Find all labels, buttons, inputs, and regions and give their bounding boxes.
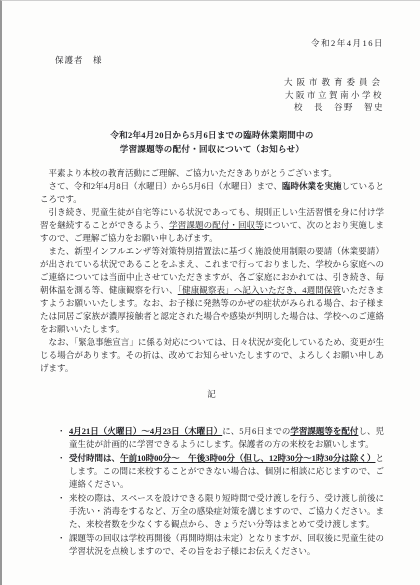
text-run-bold-underline: 午前10時00分～ 午後3時00分（但し、12時30分～1時30分は除く） [120,453,375,463]
paragraph-greeting: 平素より本校の教育活動にご理解、ご協力いただきありがとうございます。 [40,167,384,180]
paragraph-closure-notice: さて、令和2年4月8日（水曜日）から5月6日（水曜日）まで、臨時休業を実施してい… [40,180,384,206]
bullet-marker: ・ [57,532,69,558]
text-run-bold: 臨時休業を実施 [282,181,342,191]
text-run-underline: 「健康観察表」へ記入いただき、4週間保管 [178,285,341,295]
bullet-text: 来校の際は、スペースを設けできる限り短時間で受け渡しを行う、受け渡し前後に手洗い… [69,492,384,531]
bullet-item-homework-collection: ・ 課題等の回収は学校再開後（再開時期は未定）となりますが、回収後に児童生徒の学… [57,532,384,558]
document-title-line1: 令和2年4月20日から5月6日までの臨時休業期間中の [40,128,384,142]
bullet-text: 4月21日（火曜日）～4月23日（木曜日）に、5月6日までの学習課題等を配付し、… [69,425,384,451]
text-run: さて、令和2年4月8日（水曜日）から5月6日（水曜日）まで、 [49,181,282,191]
bullet-marker: ・ [57,452,69,491]
addressee: 保護者 様 [40,54,384,67]
bullet-text: 受付時間は、午前10時00分～ 午後3時00分（但し、12時30分～1時30分は… [69,452,384,491]
text-run-bold: 受付時間は、 [69,453,120,463]
paragraph-homework-distribution: 引き続き、児童生徒が自宅等にいる状況であっても、規則正しい生活習慣を身に付け学習… [40,206,384,245]
text-run-bold-underline: 学習課題等を配付 [290,426,358,436]
paragraph-emergency-declaration: なお、「緊急事態宣言」に係る対応については、日々状況が変化しているため、変更が生… [40,336,384,375]
text-run-bold-underline: 4月21日（火曜日）～4月23日（木曜日） [69,426,222,436]
body-text: 平素より本校の教育活動にご理解、ご協力いただきありがとうございます。 さて、令和… [40,167,384,375]
paragraph-health-observation: また、新型インフルエンザ等対策特別措置法に基づく施設使用制限の要請（休業要請）が… [40,245,384,336]
bullet-item-distribution-dates: ・ 4月21日（火曜日）～4月23日（木曜日）に、5月6日までの学習課題等を配付… [57,425,384,451]
letter-page: 令和2年4月16日 保護者 様 大阪市教育委員会 大阪市立賀南小学校 校 長 谷… [0,0,420,585]
letter-date: 令和2年4月16日 [40,37,384,50]
bullet-item-reception-hours: ・ 受付時間は、午前10時00分～ 午後3時00分（但し、12時30分～1時30… [57,452,384,491]
bullet-marker: ・ [57,492,69,531]
sender-organization: 大阪市教育委員会 [40,76,384,89]
document-title-line2: 学習課題等の配付・回収について（お知らせ） [40,142,384,156]
text-run-underline: 学習課題の配付・回収等 [169,220,264,230]
text-run: に、5月6日までの [222,426,290,436]
sender-principal: 校 長 谷野 智史 [40,101,384,114]
sender-school: 大阪市立賀南小学校 [40,89,384,102]
sender-block: 大阪市教育委員会 大阪市立賀南小学校 校 長 谷野 智史 [40,76,384,114]
bullet-text: 課題等の回収は学校再開後（再開時期は未定）となりますが、回収後に児童生徒の学習状… [69,532,384,558]
document-title: 令和2年4月20日から5月6日までの臨時休業期間中の 学習課題等の配付・回収につ… [40,128,384,156]
bullet-item-infection-measures: ・ 来校の際は、スペースを設けできる限り短時間で受け渡しを行う、受け渡し前後に手… [57,492,384,531]
bullet-list: ・ 4月21日（火曜日）～4月23日（木曜日）に、5月6日までの学習課題等を配付… [40,425,384,558]
ki-heading: 記 [40,388,384,401]
bullet-marker: ・ [57,425,69,451]
